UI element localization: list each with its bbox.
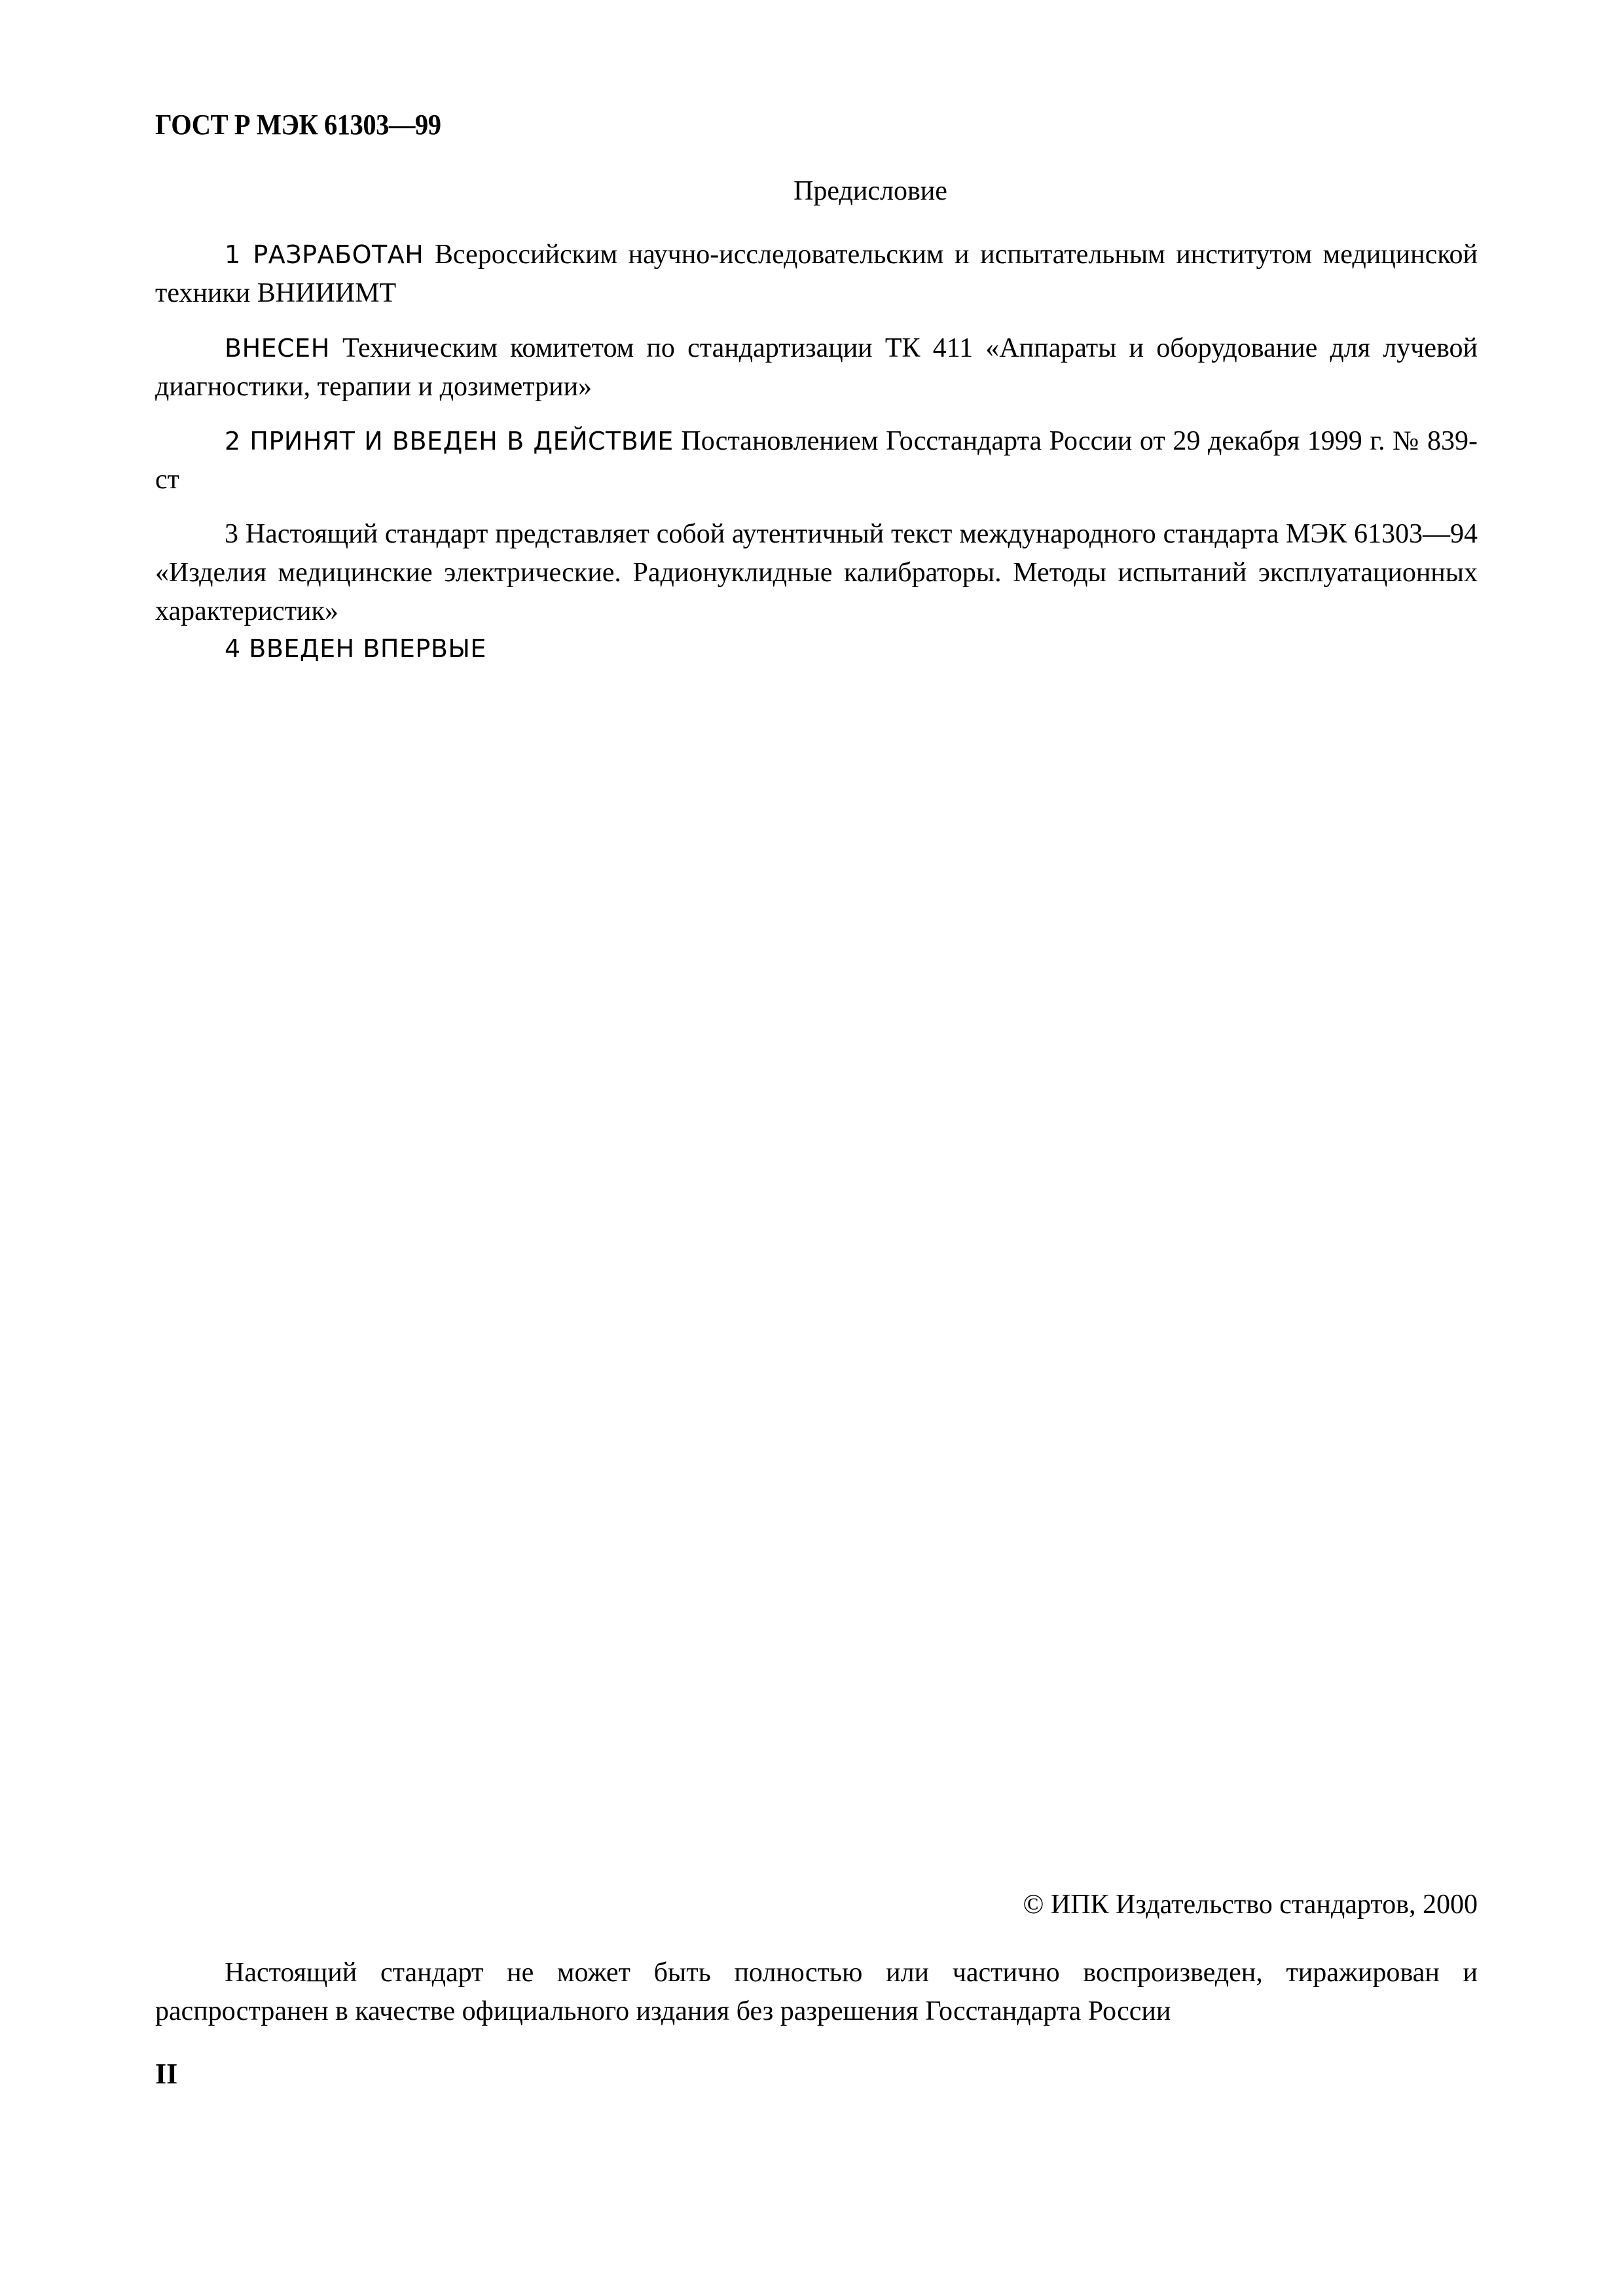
foreword-item-submitted: ВНЕСЕН Техническим комитетом по стандарт… (155, 329, 1478, 406)
foreword-item-developed: 1 РАЗРАБОТАН Всероссийским научно-исслед… (155, 236, 1478, 313)
paragraph-lead: 2 ПРИНЯТ И ВВЕДЕН В ДЕЙСТВИЕ (225, 427, 674, 456)
reproduction-notice: Настоящий стандарт не может быть полност… (155, 1954, 1478, 2031)
paragraph: ВНЕСЕН Техническим комитетом по стандарт… (155, 329, 1478, 406)
section-title-foreword: Предисловие (0, 175, 1623, 207)
paragraph-text: Техническим комитетом по стандартизации … (155, 333, 1478, 402)
document-page: ГОСТ Р МЭК 61303—99 Предисловие 1 РАЗРАБ… (0, 0, 1623, 2296)
paragraph-lead: 1 РАЗРАБОТАН (225, 240, 424, 269)
paragraph: 4 ВВЕДЕН ВПЕРВЫЕ (155, 630, 1478, 668)
paragraph: 3 Настоящий стандарт представляет собой … (155, 515, 1478, 631)
paragraph-text: 3 Настоящий стандарт представляет собой … (155, 519, 1478, 626)
paragraph: 2 ПРИНЯТ И ВВЕДЕН В ДЕЙСТВИЕ Постановлен… (155, 422, 1478, 499)
notice-text: Настоящий стандарт не может быть полност… (155, 1954, 1478, 2031)
foreword-item-first-introduced: 4 ВВЕДЕН ВПЕРВЫЕ (155, 630, 1478, 668)
copyright-notice: © ИПК Издательство стандартов, 2000 (1023, 1889, 1478, 1920)
page-number: II (155, 2057, 177, 2090)
foreword-item-authentic-text: 3 Настоящий стандарт представляет собой … (155, 515, 1478, 631)
foreword-item-adopted: 2 ПРИНЯТ И ВВЕДЕН В ДЕЙСТВИЕ Постановлен… (155, 422, 1478, 499)
standard-code-header: ГОСТ Р МЭК 61303—99 (155, 108, 441, 141)
paragraph: 1 РАЗРАБОТАН Всероссийским научно-исслед… (155, 236, 1478, 313)
paragraph-lead: ВНЕСЕН (225, 334, 330, 363)
paragraph-lead: 4 ВВЕДЕН ВПЕРВЫЕ (225, 634, 486, 663)
